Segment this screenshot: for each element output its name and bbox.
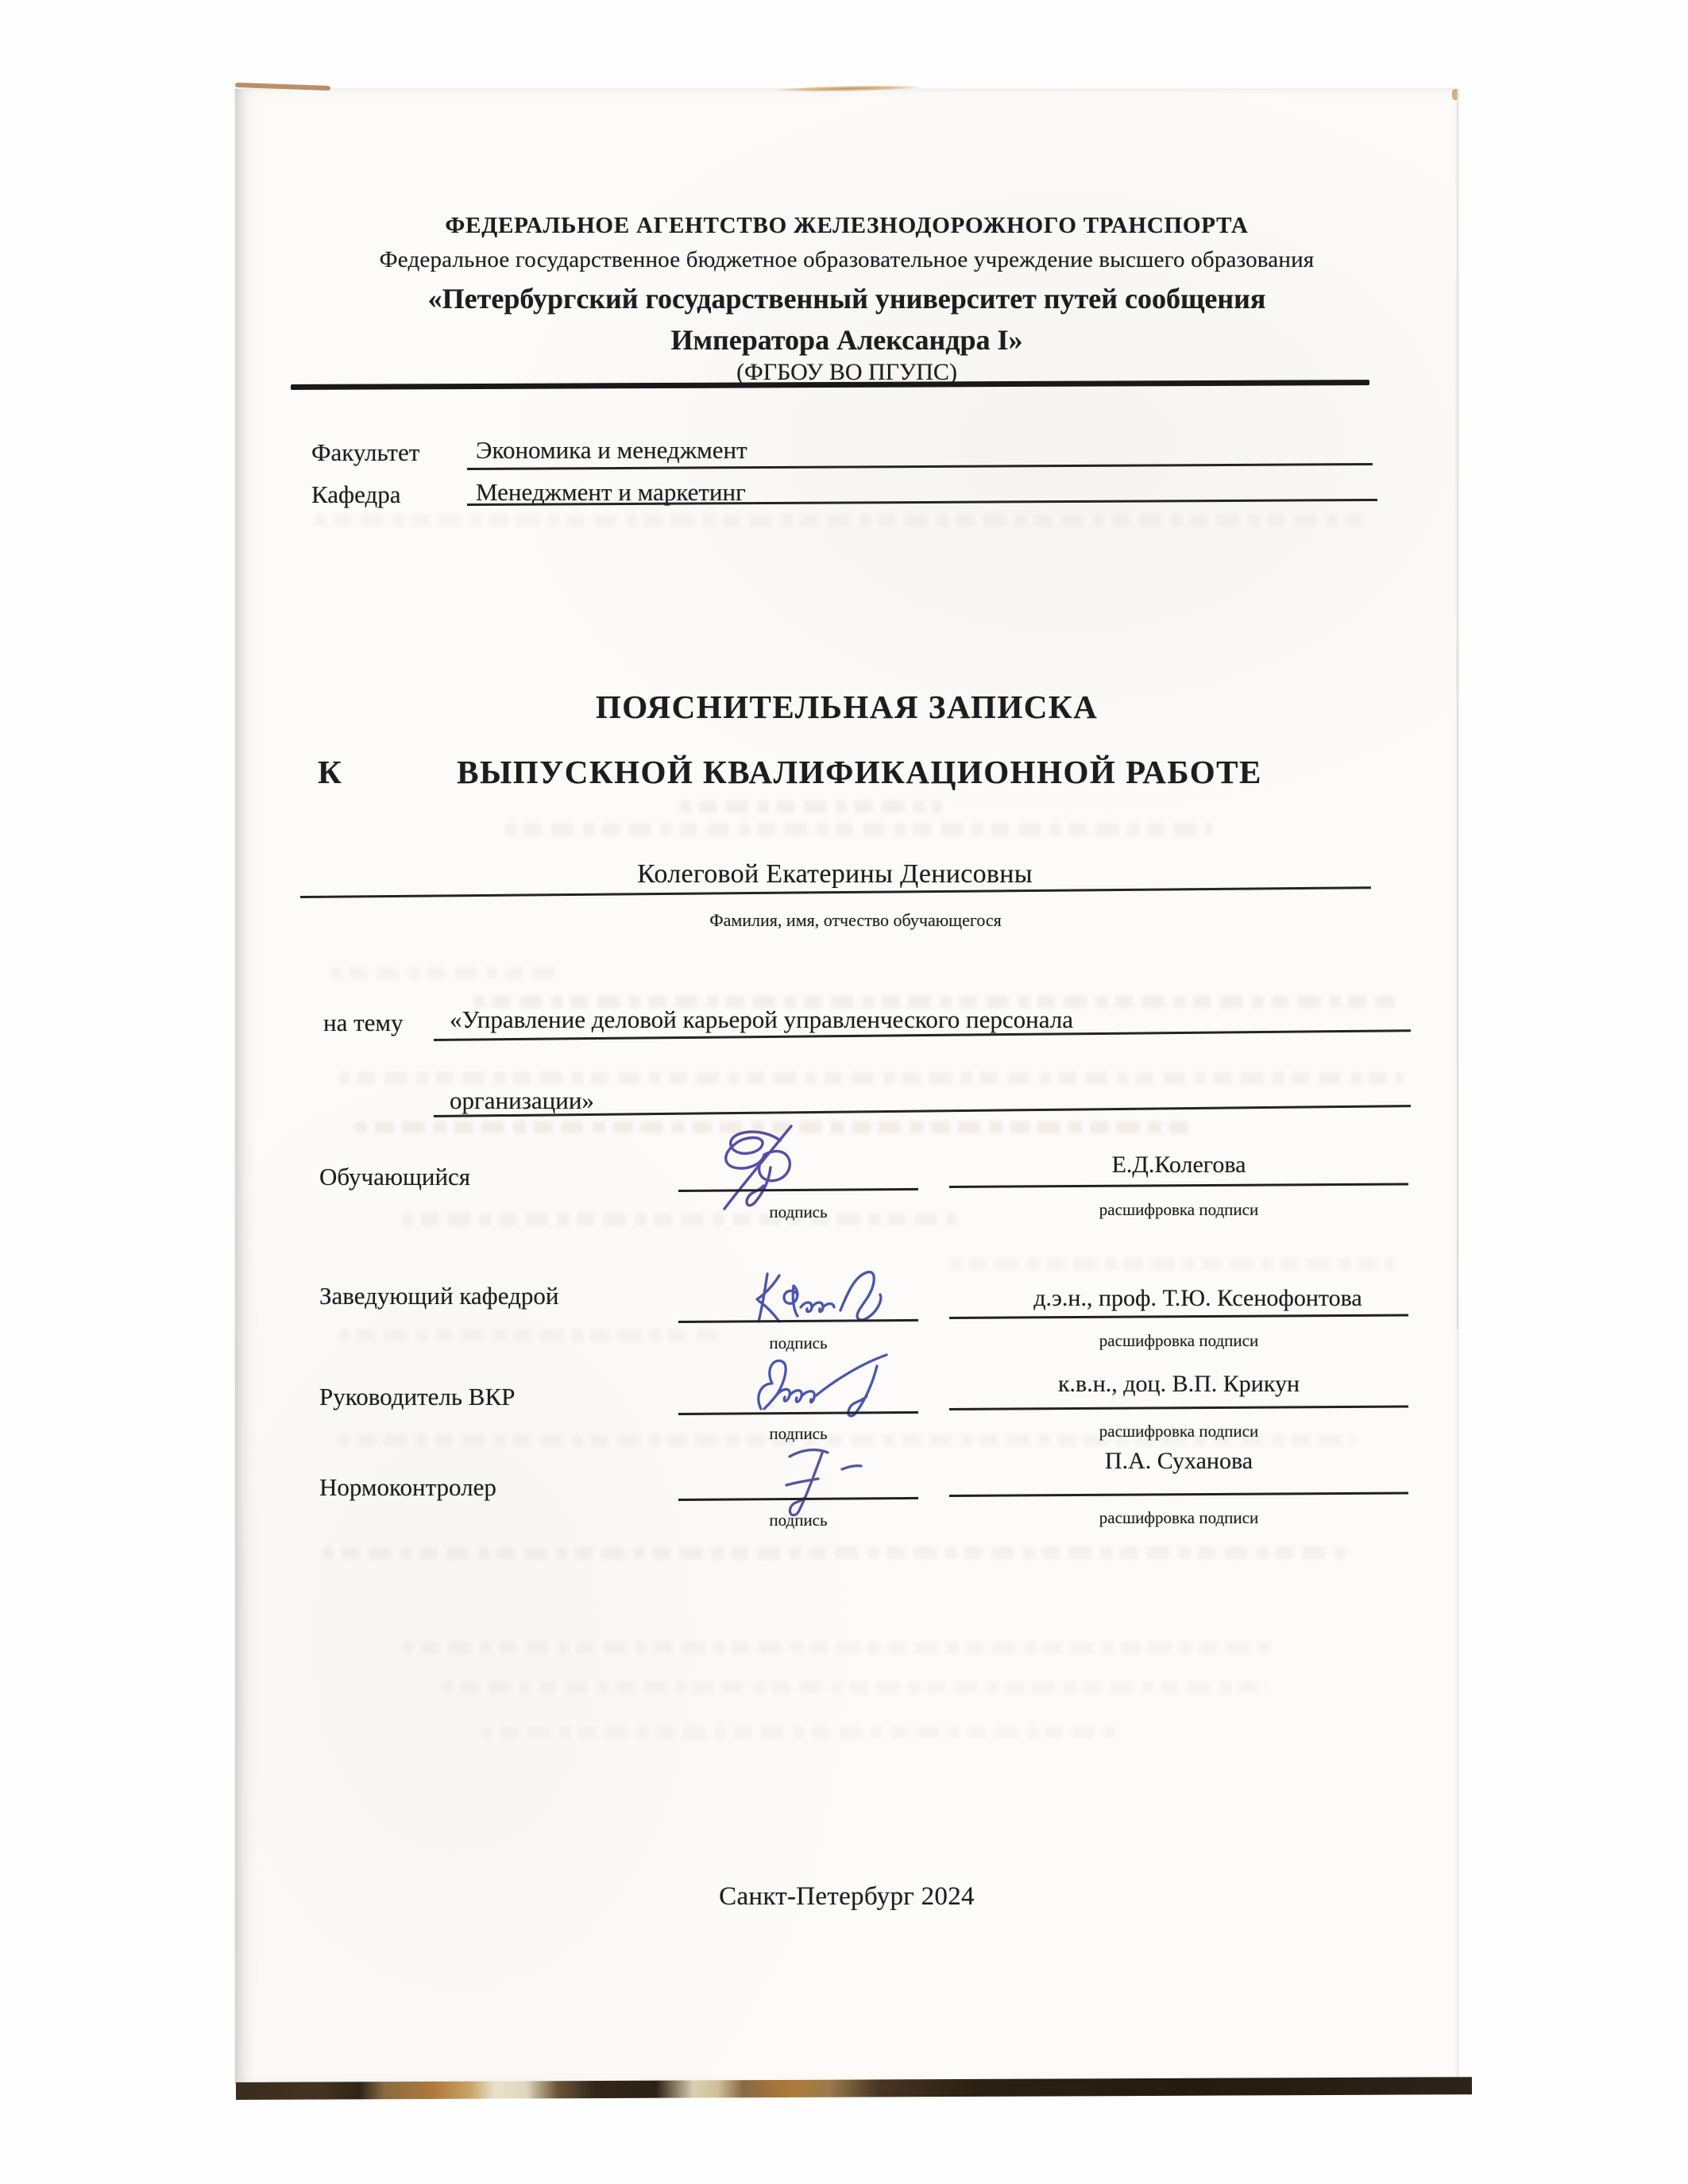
transcript-line-student	[949, 1183, 1408, 1188]
student-name-caption: Фамилия, имя, отчество обучающегося	[235, 910, 1458, 931]
bleed-through-artifact	[330, 967, 561, 979]
signer-role-supervisor: Руководитель ВКР	[319, 1383, 515, 1411]
signer-name-head-of-department: д.э.н., проф. Т.Ю. Ксенофонтова	[949, 1285, 1427, 1312]
faculty-label: Факультет	[311, 438, 419, 467]
transcript-caption-head-of-department: расшифровка подписи	[949, 1331, 1408, 1351]
transcript-line-head-of-department	[949, 1314, 1408, 1319]
signer-role-student: Обучающийся	[319, 1163, 470, 1191]
bleed-through-artifact	[315, 515, 1371, 527]
bleed-through-artifact	[402, 1214, 958, 1225]
scanned-document: ФЕДЕРАЛЬНОЕ АГЕНТСТВО ЖЕЛЕЗНОДОРОЖНОГО Т…	[0, 0, 1688, 2184]
header-agency: ФЕДЕРАЛЬНОЕ АГЕНТСТВО ЖЕЛЕЗНОДОРОЖНОГО Т…	[235, 213, 1458, 239]
bleed-through-artifact	[402, 1642, 1276, 1653]
header-university-name-line2: Императора Александра I»	[235, 323, 1458, 357]
signer-name-norm-controller: П.А. Суханова	[949, 1448, 1477, 1475]
faculty-value: Экономика и менеджмент	[476, 436, 747, 465]
page-right-edge	[1457, 91, 1458, 1329]
bleed-through-artifact	[338, 1434, 1355, 1446]
bleed-through-artifact	[680, 801, 942, 812]
bleed-through-artifact	[323, 1547, 1347, 1559]
header-institution-type: Федеральное государственное бюджетное об…	[235, 247, 1458, 273]
bleed-through-artifact	[442, 1681, 1268, 1693]
document-title-line2: ВЫПУСКНОЙ КВАЛИФИКАЦИОННОЙ РАБОТЕ	[235, 753, 1458, 791]
transcript-line-norm-controller	[949, 1491, 1408, 1497]
document-page: ФЕДЕРАЛЬНОЕ АГЕНТСТВО ЖЕЛЕЗНОДОРОЖНОГО Т…	[235, 89, 1458, 2084]
topic-line1: «Управление деловой карьерой управленчес…	[450, 1005, 1073, 1034]
bleed-through-artifact	[950, 1258, 1395, 1270]
bleed-through-artifact	[473, 996, 1395, 1008]
department-label: Кафедра	[311, 480, 401, 509]
head-of-department-signature-ink	[751, 1266, 901, 1333]
student-signature-ink	[712, 1120, 802, 1212]
signer-role-norm-controller: Нормоконтролер	[319, 1473, 496, 1502]
signer-name-supervisor: к.в.н., доц. В.П. Крикун	[949, 1371, 1420, 1398]
transcript-caption-norm-controller: расшифровка подписи	[949, 1508, 1408, 1528]
header-university-name-line1: «Петербургский государственный университ…	[235, 282, 1458, 315]
student-name: Колеговой Екатерины Денисовны	[235, 859, 1458, 889]
topic-label: на тему	[323, 1009, 404, 1037]
signer-name-student: Е.Д.Колегова	[949, 1152, 1408, 1179]
bleed-through-artifact	[338, 1072, 1403, 1084]
topic-line2: организации»	[450, 1086, 594, 1115]
transcript-caption-student: расшифровка подписи	[949, 1200, 1408, 1220]
signature-caption-norm-controller: подпись	[678, 1511, 918, 1530]
footer-city-year: Санкт-Петербург 2024	[235, 1882, 1458, 1912]
bleed-through-artifact	[354, 1121, 1196, 1133]
bleed-through-artifact	[481, 1727, 1117, 1738]
document-title-line1: ПОЯСНИТЕЛЬНАЯ ЗАПИСКА	[235, 688, 1458, 726]
transcript-line-supervisor	[949, 1405, 1408, 1410]
bleed-through-artifact	[338, 1329, 720, 1341]
norm-controller-signature-ink	[766, 1444, 874, 1520]
signer-role-head-of-department: Заведующий кафедрой	[319, 1282, 558, 1310]
bleed-through-artifact	[505, 824, 1212, 835]
